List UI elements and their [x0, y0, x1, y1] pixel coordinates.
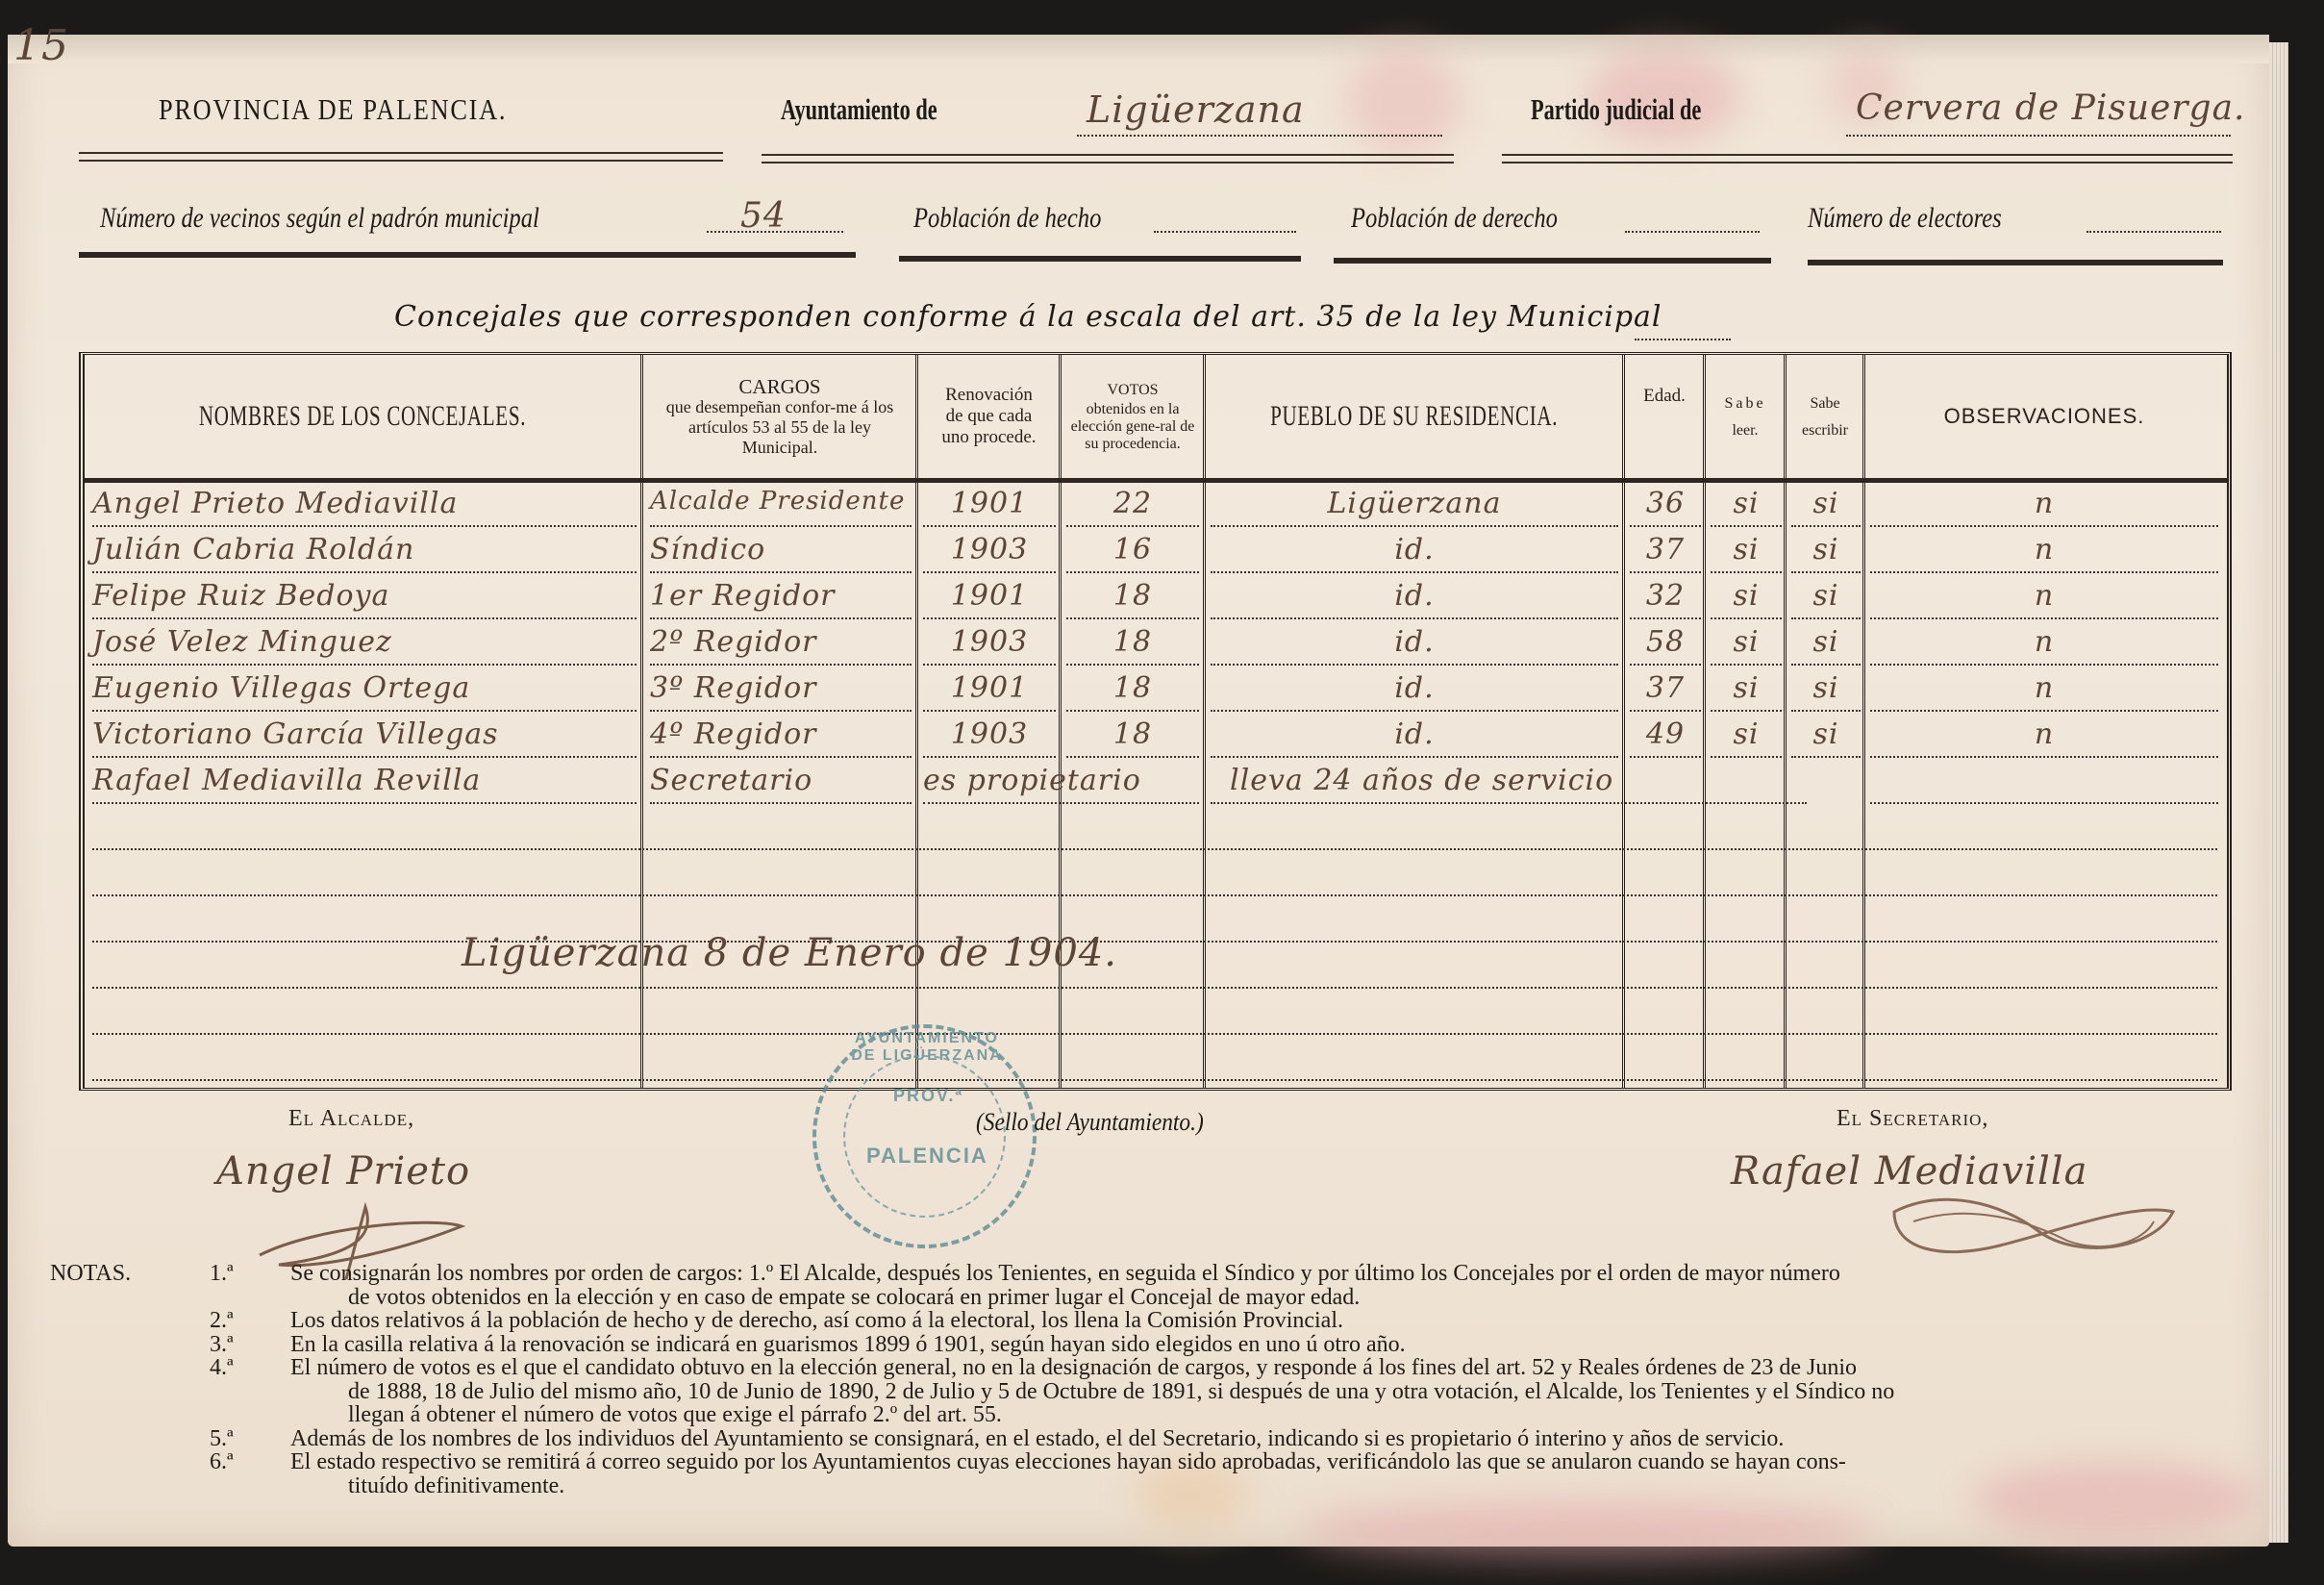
- vecinos-label: Número de vecinos según el padrón munici…: [100, 202, 539, 235]
- cell-sabe-leer: si: [1711, 625, 1782, 666]
- stain: [1298, 1500, 1875, 1558]
- cell-edad: 37: [1630, 671, 1701, 712]
- cell-cargo: 4º Regidor: [650, 717, 912, 758]
- cell-renovacion: 1903: [923, 533, 1056, 573]
- vecinos-value: 54: [740, 196, 787, 236]
- note-number: 6.ª: [210, 1450, 234, 1474]
- cell-renovacion: 1901: [923, 579, 1056, 619]
- column-header-label: OBSERVACIONES.: [1944, 406, 2145, 427]
- dotted-fill-line: [1625, 231, 1760, 233]
- cell-edad: 49: [1630, 717, 1701, 758]
- cell-renovacion: 1901: [923, 671, 1056, 712]
- cell-votos: 18: [1066, 671, 1199, 712]
- secretario-rubric-icon: [1885, 1193, 2192, 1270]
- table-row: Eugenio Villegas Ortega 3º Regidor 1901 …: [85, 667, 2227, 714]
- rule: [79, 152, 723, 162]
- table-row: Rafael Mediavilla Revilla Secretario es …: [85, 760, 2227, 806]
- column-header-sublabel: obtenidos en la elección gene-ral de su …: [1062, 401, 1203, 453]
- column-header-label: NOMBRES DE LOS CONCEJALES.: [199, 406, 526, 427]
- note-item: 2.ª Los datos relativos á la población d…: [38, 1309, 2250, 1333]
- cell-sabe-leer: si: [1711, 487, 1782, 527]
- notes-label: NOTAS.: [50, 1262, 131, 1286]
- column-header-sublabel: leer.: [1732, 422, 1758, 440]
- cell-observaciones: [1870, 764, 2218, 804]
- cell-cargo: 3º Regidor: [650, 671, 912, 712]
- cell-sabe-leer: si: [1711, 671, 1782, 712]
- column-header-votos: VOTOS obtenidos en la elección gene-ral …: [1062, 355, 1206, 478]
- rule: [79, 252, 856, 258]
- cell-votos: 18: [1066, 625, 1199, 666]
- cell-observaciones: n: [1870, 625, 2218, 666]
- table-row: José Velez Minguez 2º Regidor 1903 18 id…: [85, 621, 2227, 667]
- cell-pueblo: id.: [1211, 671, 1618, 712]
- rule: [1808, 260, 2223, 265]
- cell-renovacion: 1901: [923, 487, 1056, 527]
- dotted-fill-line: [92, 856, 2217, 896]
- column-header-label: Edad.: [1643, 386, 1686, 407]
- partido-label: Partido judicial de: [1531, 92, 1701, 127]
- cell-cargo: 2º Regidor: [650, 625, 912, 666]
- dotted-fill-line: [92, 810, 2217, 850]
- cell-observaciones: n: [1870, 487, 2218, 527]
- note-item: 6.ª El estado respectivo se remitirá á c…: [38, 1450, 2250, 1497]
- column-header-label: PUEBLO DE SU RESIDENCIA.: [1270, 406, 1558, 427]
- note-text: Además de los nombres de los individuos …: [290, 1426, 1784, 1451]
- cell-renovacion: 1903: [923, 717, 1056, 758]
- column-header-cargos: CARGOS que desempeñan confor-me á los ar…: [644, 355, 918, 478]
- cell-pueblo: lleva 24 años de servicio: [1211, 764, 1807, 804]
- dotted-fill-line: [1077, 135, 1442, 137]
- ayuntamiento-value: Ligüerzana: [1087, 88, 1305, 131]
- dotted-fill-line: [92, 902, 2217, 943]
- cell-cargo: 1er Regidor: [650, 579, 912, 619]
- cell-observaciones: n: [1870, 533, 2218, 573]
- note-text: tituído definitivamente.: [290, 1474, 2250, 1498]
- note-text: Los datos relativos á la población de he…: [290, 1308, 1343, 1333]
- note-text: El estado respectivo se remitirá á corre…: [290, 1449, 1846, 1474]
- cell-cargo: Alcalde Presidente: [650, 487, 912, 527]
- cell-edad: 32: [1630, 579, 1701, 619]
- cell-nombre: Eugenio Villegas Ortega: [92, 671, 637, 712]
- cell-pueblo: id.: [1211, 717, 1618, 758]
- table-row-empty: [85, 852, 2227, 898]
- table-row: Victoriano García Villegas 4º Regidor 19…: [85, 714, 2227, 760]
- cell-observaciones: n: [1870, 579, 2218, 619]
- cell-observaciones: n: [1870, 671, 2218, 712]
- note-item: 4.ª El número de votos es el que el cand…: [38, 1356, 2250, 1427]
- cell-votos: 18: [1066, 579, 1199, 619]
- alcalde-label: El Alcalde,: [288, 1106, 414, 1132]
- rule: [1502, 154, 2233, 164]
- cell-nombre: Felipe Ruiz Bedoya: [92, 579, 637, 619]
- dotted-fill-line: [92, 994, 2217, 1035]
- electores-label: Número de electores: [1808, 202, 2002, 235]
- cell-renovacion: 1903: [923, 625, 1056, 666]
- cell-observaciones: n: [1870, 717, 2218, 758]
- cell-nombre: Victoriano García Villegas: [92, 717, 637, 758]
- note-number: 3.ª: [210, 1333, 234, 1357]
- table-row-empty: [85, 806, 2227, 852]
- cell-pueblo: id.: [1211, 625, 1618, 666]
- column-header-sublabel: de que cada uno procede.: [919, 406, 1059, 448]
- cell-cargo: Secretario: [650, 764, 912, 804]
- note-text: El número de votos es el que el candidat…: [290, 1355, 1857, 1380]
- seal-top-text: AYUNTAMIENTO DE LIGÜERZANA: [845, 1030, 1009, 1065]
- cell-edad: 36: [1630, 487, 1701, 527]
- cell-sabe-escribir: si: [1791, 625, 1861, 666]
- corner-folio-mark: 15: [13, 21, 69, 70]
- note-text: Se consignarán los nombres por orden de …: [290, 1261, 1840, 1286]
- column-header-sabe-escribir: Sabe escribir: [1787, 355, 1865, 478]
- rule: [1334, 258, 1771, 264]
- table-row-empty: [85, 944, 2227, 991]
- column-header-label: CARGOS: [738, 376, 820, 397]
- cell-votos: 16: [1066, 533, 1199, 573]
- cell-sabe-escribir: si: [1791, 533, 1861, 573]
- note-text: llegan á obtener el número de votos que …: [290, 1403, 2250, 1427]
- table-row: Felipe Ruiz Bedoya 1er Regidor 1901 18 i…: [85, 575, 2227, 621]
- cell-sabe-leer: si: [1711, 579, 1782, 619]
- note-number: 2.ª: [210, 1309, 234, 1333]
- column-header-sublabel: escribir: [1802, 422, 1848, 440]
- cell-pueblo: id.: [1211, 533, 1618, 573]
- seal-mid-text: PROV.ª: [893, 1086, 963, 1106]
- note-number: 4.ª: [210, 1356, 234, 1380]
- table-row-empty: [85, 991, 2227, 1037]
- poblacion-derecho-label: Población de derecho: [1351, 202, 1558, 235]
- partido-value: Cervera de Pisuerga.: [1856, 88, 2245, 128]
- column-header-label: VOTOS: [1107, 380, 1158, 401]
- note-text: de votos obtenidos en la elección y en c…: [290, 1286, 2250, 1310]
- dotted-fill-line: [1846, 135, 2231, 137]
- place-date-line: Ligüerzana 8 de Enero de 1904.: [462, 931, 1117, 975]
- page-stack-edge: [2269, 42, 2288, 1543]
- column-header-label: Renovación: [945, 385, 1033, 406]
- note-item: 5.ª Además de los nombres de los individ…: [38, 1427, 2250, 1451]
- cell-sabe-escribir: si: [1791, 579, 1861, 619]
- cell-nombre: Angel Prieto Mediavilla: [92, 487, 637, 527]
- note-text: de 1888, 18 de Julio del mismo año, 10 d…: [290, 1380, 2250, 1404]
- poblacion-hecho-label: Población de hecho: [913, 202, 1101, 235]
- rule: [762, 154, 1454, 164]
- column-header-sabe-leer: Sabe leer.: [1707, 355, 1787, 478]
- dotted-fill-line: [707, 231, 843, 233]
- cell-cargo: Síndico: [650, 533, 912, 573]
- ayuntamiento-label: Ayuntamiento de: [781, 92, 937, 127]
- cell-renovacion: es propietario: [923, 764, 1199, 804]
- cell-edad: 37: [1630, 533, 1701, 573]
- note-number: 1.ª: [210, 1262, 234, 1286]
- table-row: Julián Cabria Roldán Síndico 1903 16 id.…: [85, 529, 2227, 575]
- dotted-fill-line: [92, 1041, 2217, 1081]
- cell-sabe-escribir: si: [1791, 671, 1861, 712]
- concejales-subtitle: Concejales que corresponden conforme á l…: [394, 300, 1662, 334]
- cell-nombre: Julián Cabria Roldán: [92, 533, 637, 573]
- cell-sabe-leer: si: [1711, 533, 1782, 573]
- table-row-empty: [85, 1037, 2227, 1083]
- rule: [899, 256, 1301, 262]
- note-number: 5.ª: [210, 1427, 234, 1451]
- column-header-label: Sabe: [1810, 393, 1839, 415]
- note-text: En la casilla relativa á la renovación s…: [290, 1332, 1406, 1357]
- cell-nombre: Rafael Mediavilla Revilla: [92, 764, 637, 804]
- column-header-edad: Edad.: [1626, 355, 1706, 478]
- dotted-fill-line: [1635, 339, 1731, 340]
- table-row-empty: [85, 898, 2227, 944]
- cell-pueblo: id.: [1211, 579, 1618, 619]
- stain: [1346, 48, 1462, 154]
- notes-section: NOTAS. 1.ª Se consignarán los nombres po…: [38, 1262, 2250, 1497]
- concejales-table: NOMBRES DE LOS CONCEJALES. CARGOS que de…: [79, 352, 2232, 1091]
- secretario-signature: Rafael Mediavilla: [1731, 1149, 2087, 1194]
- secretario-label: El Secretario,: [1837, 1106, 1988, 1132]
- column-header-label: Sabe: [1724, 393, 1765, 415]
- cell-pueblo: Ligüerzana: [1211, 487, 1618, 527]
- province-title: PROVINCIA DE PALENCIA.: [159, 92, 507, 127]
- note-item: NOTAS. 1.ª Se consignarán los nombres po…: [38, 1262, 2250, 1309]
- dotted-fill-line: [2087, 231, 2221, 233]
- table-row: Angel Prieto Mediavilla Alcalde Presiden…: [85, 483, 2227, 529]
- column-header-pueblo: PUEBLO DE SU RESIDENCIA.: [1207, 355, 1625, 478]
- dotted-fill-line: [1154, 231, 1296, 233]
- note-item: 3.ª En la casilla relativa á la renovaci…: [38, 1333, 2250, 1357]
- seal-center-text: PALENCIA: [866, 1144, 988, 1169]
- cell-sabe-escribir: si: [1791, 487, 1861, 527]
- cell-nombre: José Velez Minguez: [92, 625, 637, 666]
- column-header-observaciones: OBSERVACIONES.: [1866, 355, 2222, 478]
- cell-votos: 18: [1066, 717, 1199, 758]
- column-header-renovacion: Renovación de que cada uno procede.: [919, 355, 1062, 478]
- dotted-fill-line: [92, 948, 2217, 989]
- cell-sabe-leer: si: [1711, 717, 1782, 758]
- column-header-sublabel: que desempeñan confor-me á los artículos…: [644, 397, 915, 458]
- cell-votos: 22: [1066, 487, 1199, 527]
- cell-sabe-escribir: si: [1791, 717, 1861, 758]
- column-header-nombres: NOMBRES DE LOS CONCEJALES.: [85, 355, 643, 478]
- cell-edad: 58: [1630, 625, 1701, 666]
- sello-label: (Sello del Ayuntamiento.): [976, 1108, 1204, 1137]
